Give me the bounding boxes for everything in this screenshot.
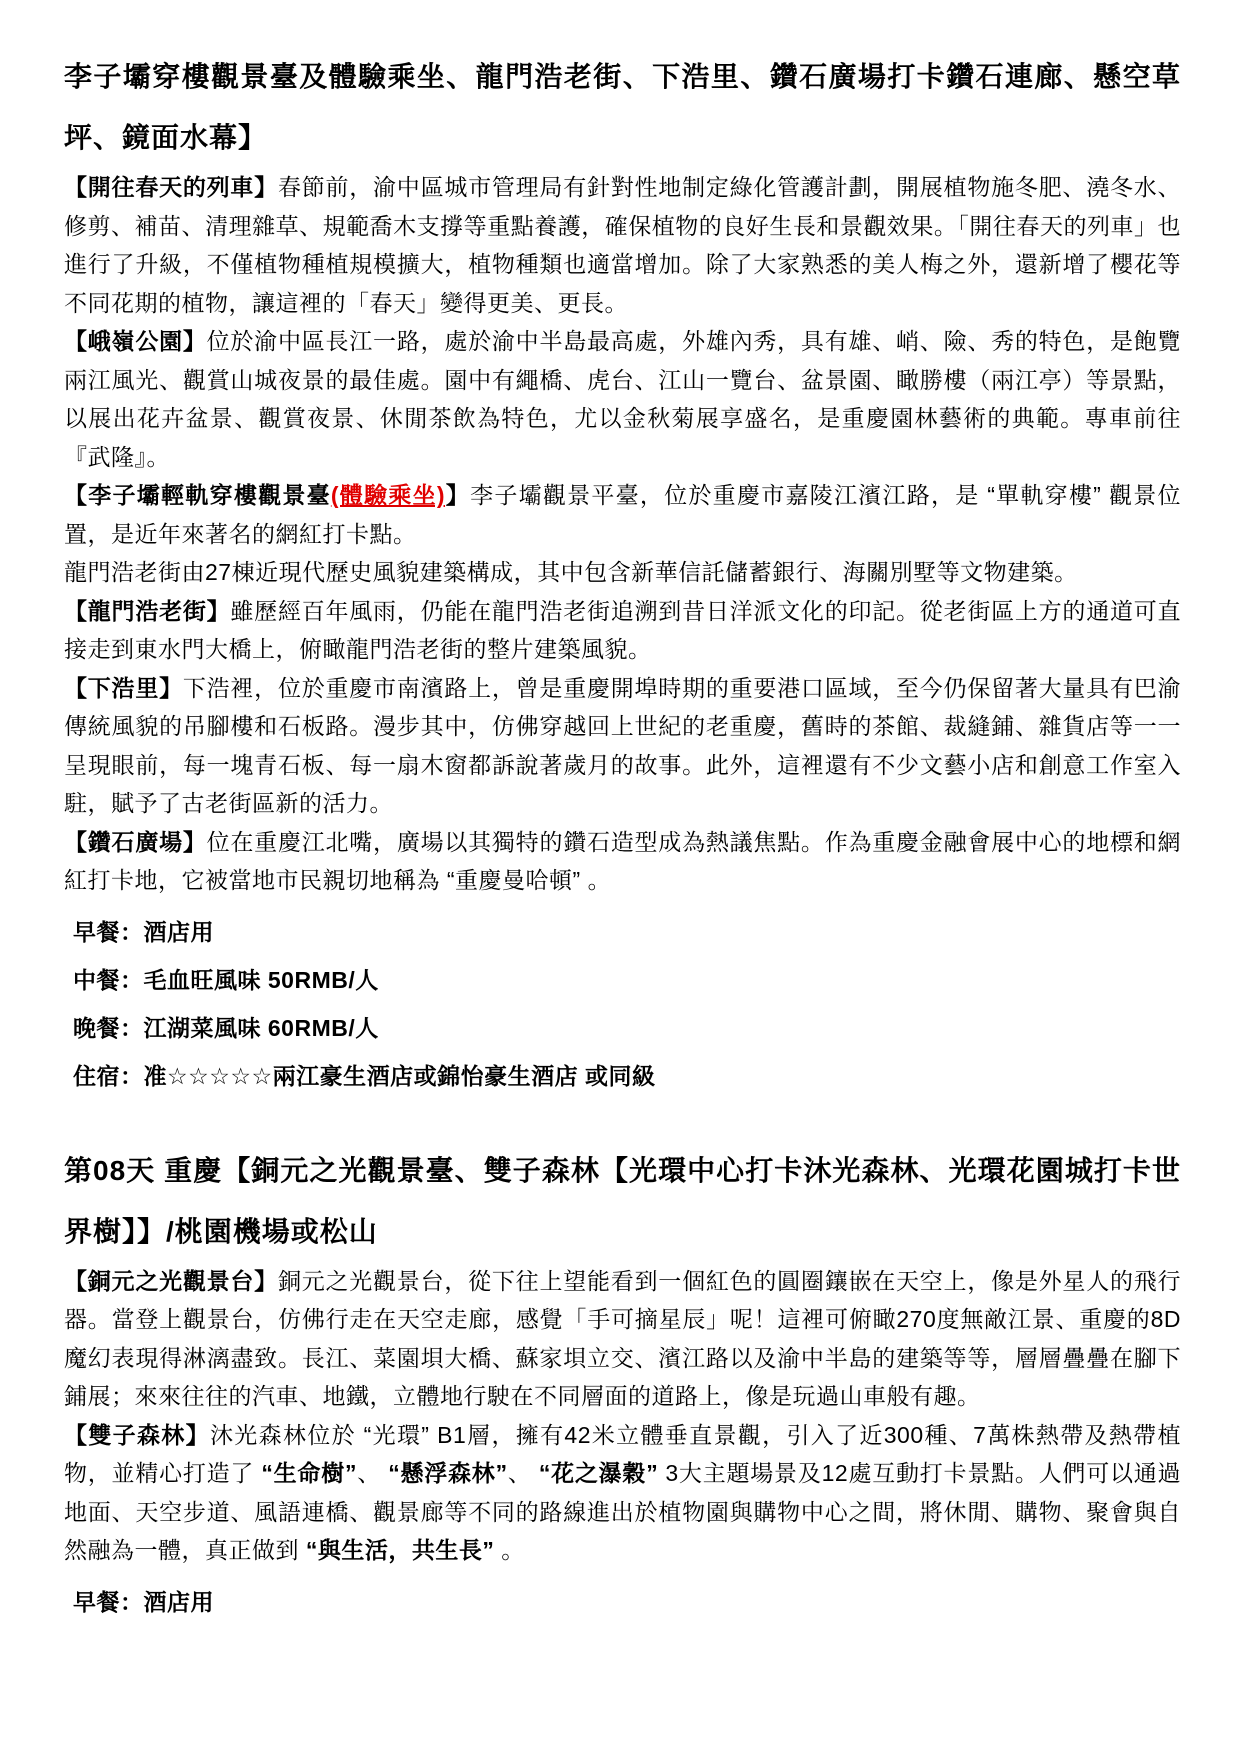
section-head-diamond-plaza: 【鑽石廣場】 [64, 829, 207, 855]
twin-forest-theme-floating-forest: “懸浮森林” [388, 1460, 507, 1486]
twin-forest-sep1: 、 [357, 1460, 388, 1486]
day7-breakfast: 早餐：酒店用 [64, 908, 1181, 956]
section-head-eling-park: 【峨嶺公園】 [64, 328, 207, 354]
paragraph-liziba: 【李子壩輕軌穿樓觀景臺(體驗乘坐)】李子壩觀景平臺，位於重慶市嘉陵江濱江路，是 … [64, 476, 1181, 553]
day7-hotel: 住宿：准☆☆☆☆☆兩江豪生酒店或錦怡豪生酒店 或同級 [64, 1052, 1181, 1100]
day7-dinner: 晚餐：江湖菜風味 60RMB/人 [64, 1004, 1181, 1052]
day7-title-continued: 李子壩穿樓觀景臺及體驗乘坐、龍門浩老街、下浩里、鑽石廣場打卡鑽石連廊、懸空草坪、… [64, 46, 1181, 168]
section-head-tongyuan: 【銅元之光觀景台】 [64, 1268, 278, 1294]
twin-forest-theme-life-tree: “生命樹” [261, 1460, 357, 1486]
paragraph-tongyuan: 【銅元之光觀景台】銅元之光觀景台，從下往上望能看到一個紅色的圓圈鑲嵌在天空上，像… [64, 1262, 1181, 1416]
liziba-ride-note: (體驗乘坐) [331, 482, 445, 508]
day7-lunch: 中餐：毛血旺風味 50RMB/人 [64, 956, 1181, 1004]
section-head-xiahaoli: 【下浩里】 [64, 675, 183, 701]
document-page: 李子壩穿樓觀景臺及體驗乘坐、龍門浩老街、下浩里、鑽石廣場打卡鑽石連廊、懸空草坪、… [0, 0, 1241, 1755]
paragraph-xiahaoli: 【下浩里】下浩裡，位於重慶市南濱路上，曾是重慶開埠時期的重要港口區域，至今仍保留… [64, 669, 1181, 823]
section-head-liziba-close: 】 [445, 482, 470, 508]
section-head-spring-train: 【開往春天的列車】 [64, 174, 278, 200]
section-head-liziba: 【李子壩輕軌穿樓觀景臺 [64, 482, 331, 508]
section-head-longmenhao: 【龍門浩老街】 [64, 598, 230, 624]
longmenhao-intro-text: 龍門浩老街由27棟近現代歷史風貌建築構成，其中包含新華信託儲蓄銀行、海關別墅等文… [64, 559, 1078, 585]
section-body-longmenhao: 雖歷經百年風雨，仍能在龍門浩老街追溯到昔日洋派文化的印記。從老街區上方的通道可直… [64, 598, 1181, 663]
paragraph-eling-park: 【峨嶺公園】位於渝中區長江一路，處於渝中半島最高處，外雄內秀，具有雄、峭、險、秀… [64, 322, 1181, 476]
day8-meals: 早餐：酒店用 [64, 1578, 1181, 1626]
paragraph-twin-forest: 【雙子森林】沐光森林位於 “光環” B1層，擁有42米立體垂直景觀，引入了近30… [64, 1416, 1181, 1570]
paragraph-longmenhao-intro: 龍門浩老街由27棟近現代歷史風貌建築構成，其中包含新華信託儲蓄銀行、海關別墅等文… [64, 553, 1181, 592]
paragraph-longmenhao: 【龍門浩老街】雖歷經百年風雨，仍能在龍門浩老街追溯到昔日洋派文化的印記。從老街區… [64, 592, 1181, 669]
section-body-eling-park: 位於渝中區長江一路，處於渝中半島最高處，外雄內秀，具有雄、峭、險、秀的特色，是飽… [64, 328, 1181, 470]
twin-forest-slogan: “與生活，共生長” [306, 1537, 495, 1563]
section-head-twin-forest: 【雙子森林】 [64, 1422, 210, 1448]
paragraph-diamond-plaza: 【鑽石廣場】位在重慶江北嘴，廣場以其獨特的鑽石造型成為熱議焦點。作為重慶金融會展… [64, 823, 1181, 900]
section-body-diamond-plaza: 位在重慶江北嘴，廣場以其獨特的鑽石造型成為熱議焦點。作為重慶金融會展中心的地標和… [64, 829, 1181, 894]
twin-forest-theme-flower-valley: “花之瀑穀” [539, 1460, 658, 1486]
twin-forest-sep2: 、 [508, 1460, 539, 1486]
twin-forest-seg3: 。 [494, 1537, 524, 1563]
day8-title: 第08天 重慶【銅元之光觀景臺、雙子森林【光環中心打卡沐光森林、光環花園城打卡世… [64, 1140, 1181, 1262]
day7-meals: 早餐：酒店用 中餐：毛血旺風味 50RMB/人 晚餐：江湖菜風味 60RMB/人… [64, 908, 1181, 1100]
paragraph-spring-train: 【開往春天的列車】春節前，渝中區城市管理局有針對性地制定綠化管護計劃，開展植物施… [64, 168, 1181, 322]
day8-breakfast: 早餐：酒店用 [64, 1578, 1181, 1626]
section-body-xiahaoli: 下浩裡，位於重慶市南濱路上，曾是重慶開埠時期的重要港口區域，至今仍保留著大量具有… [64, 675, 1181, 817]
